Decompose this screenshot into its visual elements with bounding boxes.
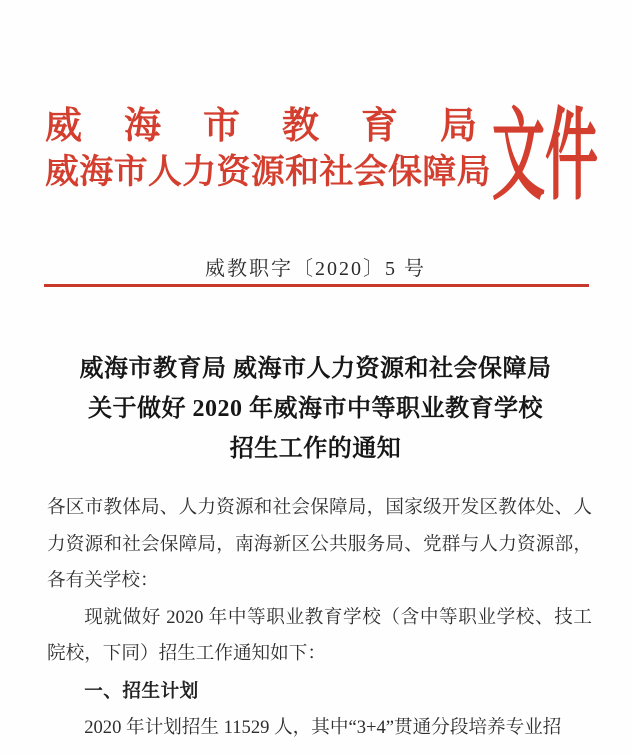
letterhead-divider <box>44 284 589 287</box>
title-line-2: 关于做好 2020 年威海市中等职业教育学校 <box>0 389 631 429</box>
intro-paragraph: 现就做好 2020 年中等职业教育学校（含中等职业学校、技工院校，下同）招生工作… <box>47 600 592 673</box>
document-type-label: 文件 <box>492 109 598 205</box>
section1-heading: 一、招生计划 <box>47 673 592 710</box>
letterhead-org-names: 威海市教育局 威海市人力资源和社会保障局 <box>45 103 492 195</box>
document-page: 威海市教育局 威海市人力资源和社会保障局 文件 威教职字〔2020〕5 号 威海… <box>0 0 631 755</box>
document-body: 各区市教体局、人力资源和社会保障局，国家级开发区教体处、人力资源和社会保障局，南… <box>47 490 592 746</box>
title-line-3: 招生工作的通知 <box>0 429 631 469</box>
org-name-secondary: 威海市人力资源和社会保障局 <box>45 150 492 195</box>
org-name-primary: 威海市教育局 <box>45 103 492 150</box>
reference-number: 威教职字〔2020〕5 号 <box>0 252 631 281</box>
title-line-1: 威海市教育局 威海市人力资源和社会保障局 <box>0 349 631 389</box>
section1-paragraph: 2020 年计划招生 11529 人，其中“3+4”贯通分段培养专业招 <box>47 710 592 747</box>
letterhead: 威海市教育局 威海市人力资源和社会保障局 文件 <box>45 103 611 205</box>
recipients-paragraph: 各区市教体局、人力资源和社会保障局，国家级开发区教体处、人力资源和社会保障局，南… <box>47 490 592 600</box>
document-title: 威海市教育局 威海市人力资源和社会保障局 关于做好 2020 年威海市中等职业教… <box>0 349 631 469</box>
